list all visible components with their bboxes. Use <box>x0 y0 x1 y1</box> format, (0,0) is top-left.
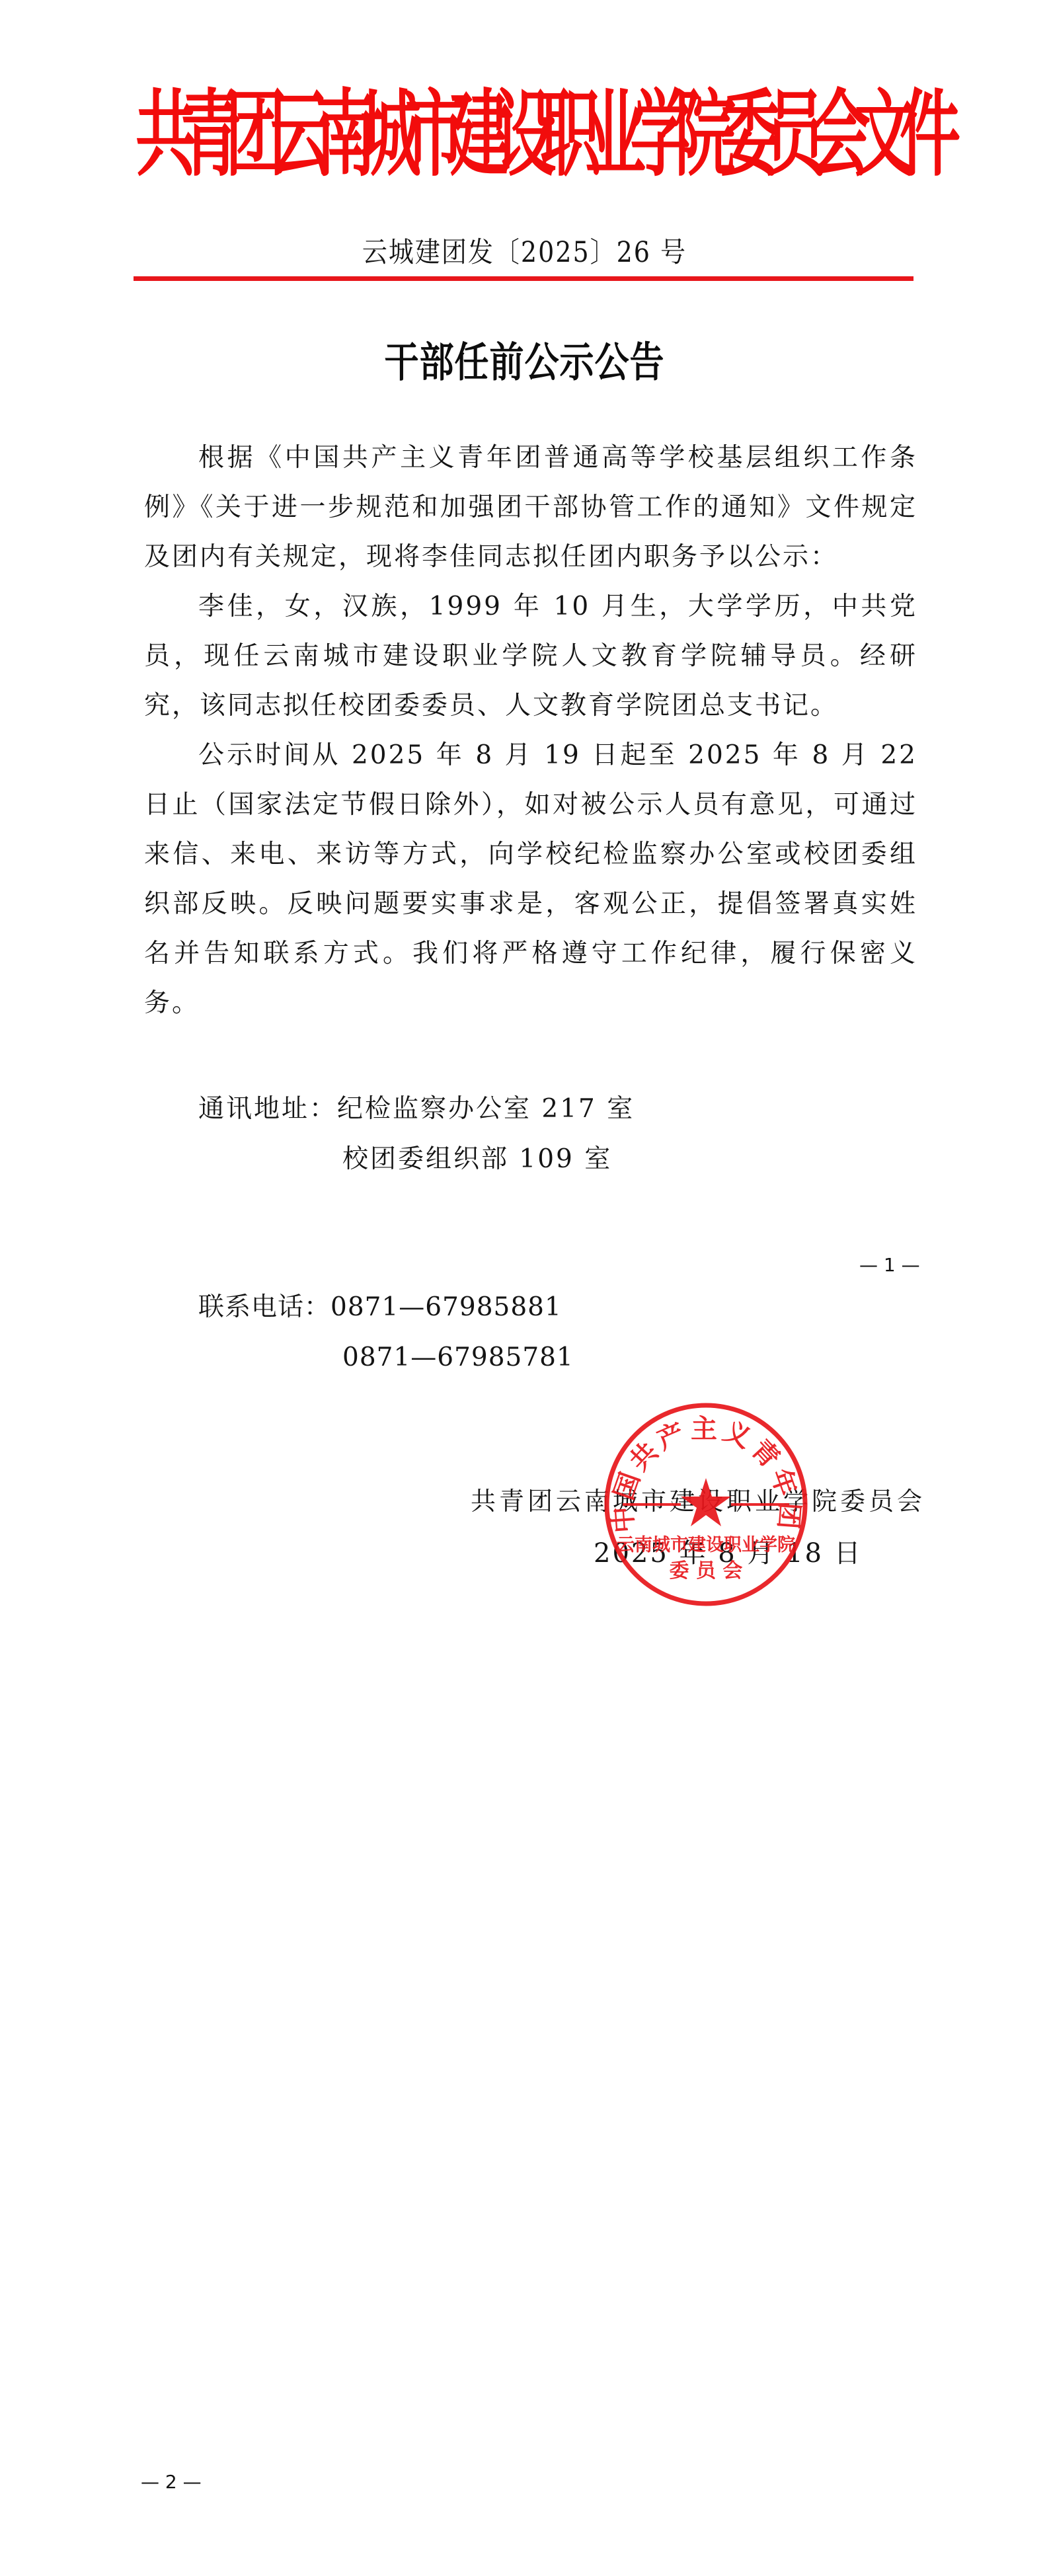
masthead-char: 共 <box>136 87 180 182</box>
document-body: 根据《中国共产主义青年团普通高等学校基层组织工作条例》《关于进一步规范和加强团干… <box>144 433 917 1028</box>
masthead-char: 市 <box>405 87 450 182</box>
header-divider <box>134 276 913 281</box>
masthead-char: 件 <box>900 87 945 182</box>
masthead-char: 学 <box>630 87 675 182</box>
paragraph-basis: 根据《中国共产主义青年团普通高等学校基层组织工作条例》《关于进一步规范和加强团干… <box>144 433 917 582</box>
address-line: 纪检监察办公室 217 室 <box>337 1094 635 1124</box>
phone-number: 0871—67985781 <box>342 1343 574 1372</box>
masthead-char: 建 <box>450 87 495 182</box>
docket-number: 云城建团发〔2025〕26 号 <box>0 229 1049 270</box>
paragraph-candidate: 李佳，女，汉族，1999 年 10 月生，大学学历，中共党员，现任云南城市建设职… <box>144 582 917 730</box>
contact-phone: 联系电话：0871—67985881 0871—67985781 <box>198 1282 574 1383</box>
address-line: 校团委组织部 109 室 <box>342 1144 612 1174</box>
masthead-char: 委 <box>720 87 765 182</box>
masthead-char: 业 <box>585 87 630 182</box>
seal-inner-line-2: 委 员 会 <box>670 1559 743 1582</box>
masthead-char: 南 <box>315 87 360 182</box>
masthead-char: 文 <box>855 87 900 182</box>
masthead-char: 云 <box>270 87 315 182</box>
masthead-char: 员 <box>765 87 810 182</box>
star-icon <box>681 1478 731 1526</box>
masthead-char: 设 <box>495 87 540 182</box>
page-number: — 2 — <box>141 2471 202 2493</box>
seal-inner-line-1: 云南城市建设职业学院 <box>617 1535 795 1555</box>
phone-number: 0871—67985881 <box>330 1292 562 1322</box>
address-label: 通讯地址： <box>198 1094 337 1124</box>
masthead-char: 院 <box>675 87 720 182</box>
paragraph-publicity-period: 公示时间从 2025 年 8 月 19 日起至 2025 年 8 月 22 日止… <box>144 730 917 1028</box>
masthead-char: 团 <box>225 87 270 182</box>
masthead-char: 职 <box>540 87 585 182</box>
official-seal: 中国共产主义青年团 云南城市建设职业学院 委 员 会 <box>602 1400 810 1609</box>
masthead-char: 城 <box>360 87 405 182</box>
masthead-char: 会 <box>810 87 855 182</box>
masthead-char: 青 <box>180 87 225 182</box>
issuer-masthead: 共 青 团 云 南 城 市 建 设 职 业 学 院 委 员 会 文 件 <box>136 85 919 184</box>
phone-label: 联系电话： <box>198 1292 330 1322</box>
document-title: 干部任前公示公告 <box>0 329 1049 389</box>
contact-address: 通讯地址：纪检监察办公室 217 室 校团委组织部 109 室 <box>198 1084 635 1185</box>
page-number: — 1 — <box>859 1254 920 1276</box>
